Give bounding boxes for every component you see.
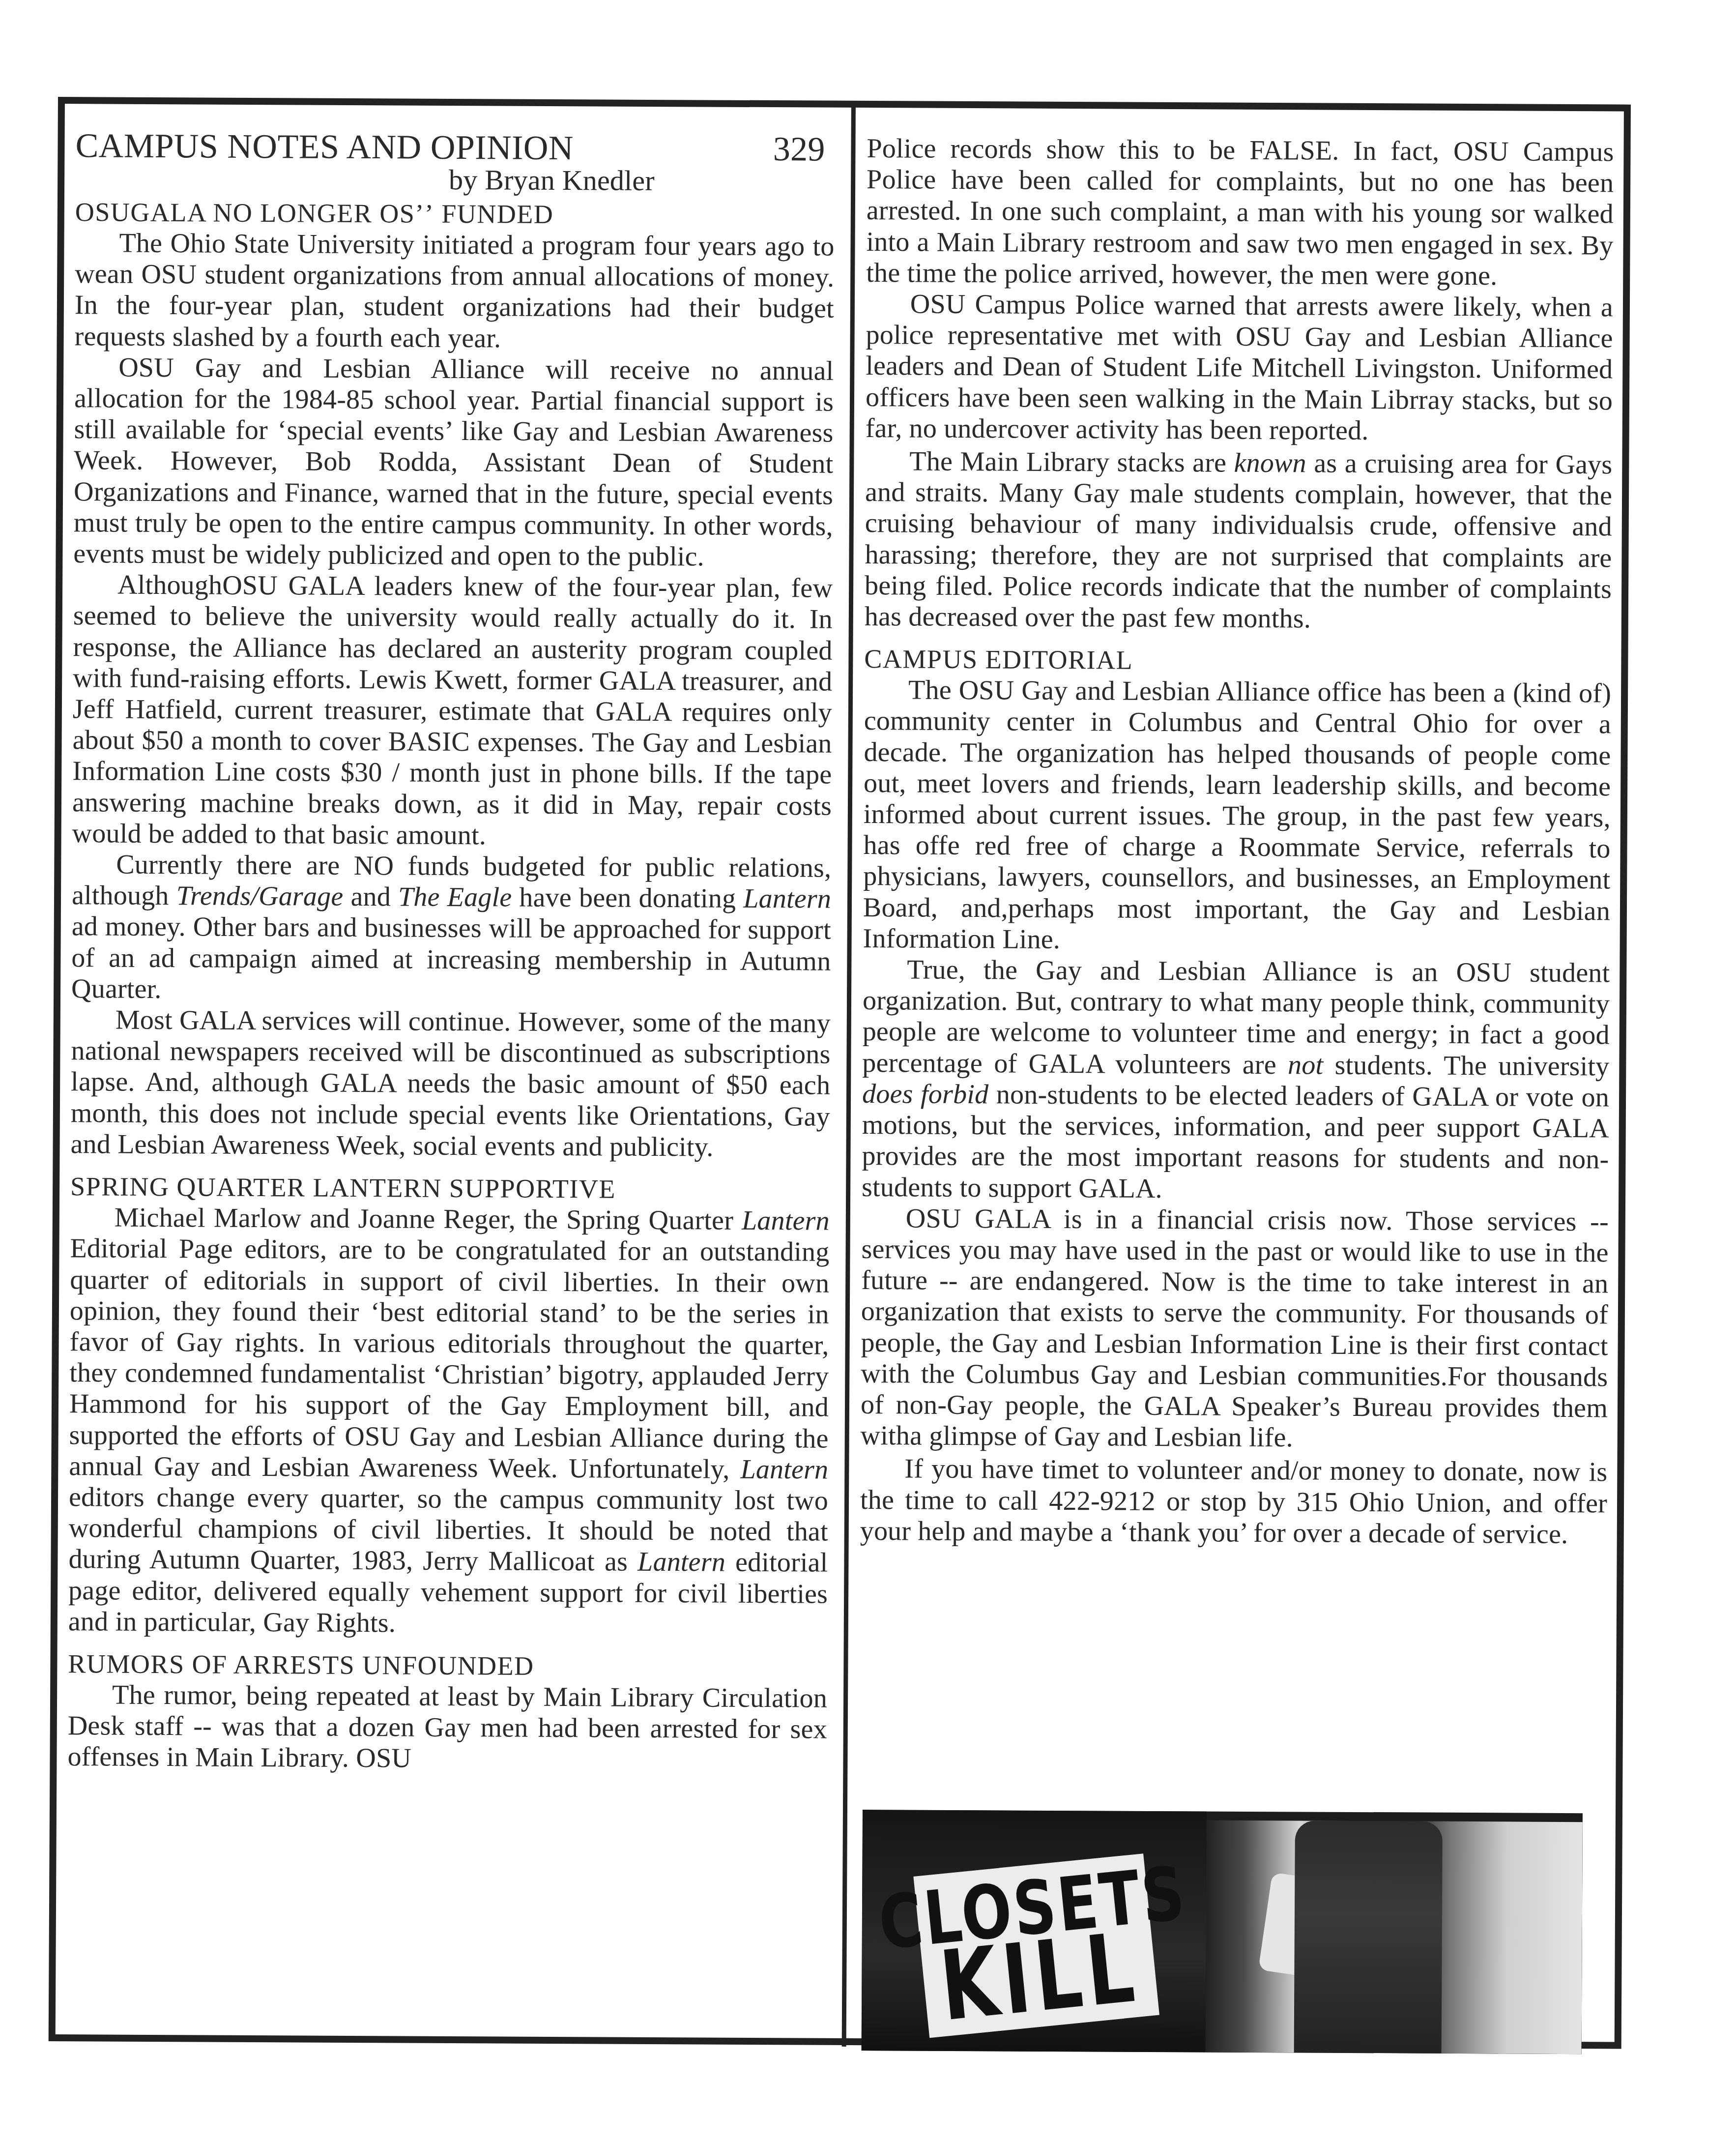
publication-name: Lantern bbox=[637, 1547, 725, 1578]
publication-name: The Eagle bbox=[398, 882, 512, 913]
page-number: 329 bbox=[773, 133, 825, 167]
section-heading-rumors: RUMORS OF ARRESTS UNFOUNDED bbox=[68, 1648, 827, 1683]
section-heading-funding: OSUGALA NO LONGER OSʼʼ FUNDED bbox=[75, 196, 835, 232]
emphasis: known bbox=[1234, 448, 1306, 479]
section-heading-editorial: CAMPUS EDITORIAL bbox=[864, 643, 1611, 678]
paragraph: The Main Library stacks are known as a c… bbox=[865, 446, 1613, 636]
paragraph: OSU GALA is in a financial crisis now. T… bbox=[861, 1203, 1609, 1455]
paragraph: Michael Marlow and Joanne Reger, the Spr… bbox=[68, 1202, 830, 1641]
paragraph: Most GALA services will continue. Howeve… bbox=[70, 1004, 831, 1164]
paragraph: The OSU Gay and Lesbian Alliance office … bbox=[863, 675, 1611, 958]
column-divider bbox=[842, 105, 856, 2047]
emphasis: not bbox=[1288, 1050, 1323, 1080]
paragraph: If you have timet to volunteer and/or mo… bbox=[860, 1453, 1608, 1550]
protest-photo: CLOSETS KILL bbox=[862, 1810, 1583, 2054]
paragraph: True, the Gay and Lesbian Alliance is an… bbox=[862, 954, 1610, 1206]
paragraph: Police records show this to be FALSE. In… bbox=[866, 133, 1614, 292]
publication-name: Lantern bbox=[742, 1205, 830, 1236]
page-title: CAMPUS NOTES AND OPINION bbox=[75, 129, 574, 165]
section-heading-lantern: SPRING QUARTER LANTERN SUPPORTIVE bbox=[70, 1171, 830, 1206]
byline: by Bryan Knedler bbox=[75, 163, 835, 197]
paragraph: OSU Gay and Lesbian Alliance will receiv… bbox=[73, 352, 834, 573]
photo-person-figure bbox=[1294, 1820, 1443, 2053]
left-column: CAMPUS NOTES AND OPINION 329 by Bryan Kn… bbox=[67, 129, 835, 1776]
paragraph: Currently there are NO funds budgeted fo… bbox=[71, 849, 832, 1008]
protest-sign: CLOSETS KILL bbox=[913, 1853, 1159, 2038]
right-column: Police records show this to be FALSE. In… bbox=[860, 133, 1614, 1550]
paragraph: The rumor, being repeated at least by Ma… bbox=[67, 1679, 827, 1776]
masthead: CAMPUS NOTES AND OPINION 329 bbox=[75, 129, 835, 167]
publication-name: Lantern bbox=[743, 883, 831, 914]
publication-name: Trends/Garage bbox=[176, 881, 344, 912]
emphasis: does forbid bbox=[862, 1079, 988, 1110]
article-frame: CAMPUS NOTES AND OPINION 329 by Bryan Kn… bbox=[49, 97, 1631, 2049]
publication-name: Lantern bbox=[740, 1454, 828, 1485]
paragraph: The Ohio State University initiated a pr… bbox=[74, 228, 834, 355]
paragraph: OSU Campus Police warned that arrests aw… bbox=[866, 289, 1614, 447]
sign-text-line2: KILL bbox=[936, 1920, 1143, 2035]
paragraph: AlthoughOSU GALA leaders knew of the fou… bbox=[72, 569, 833, 852]
